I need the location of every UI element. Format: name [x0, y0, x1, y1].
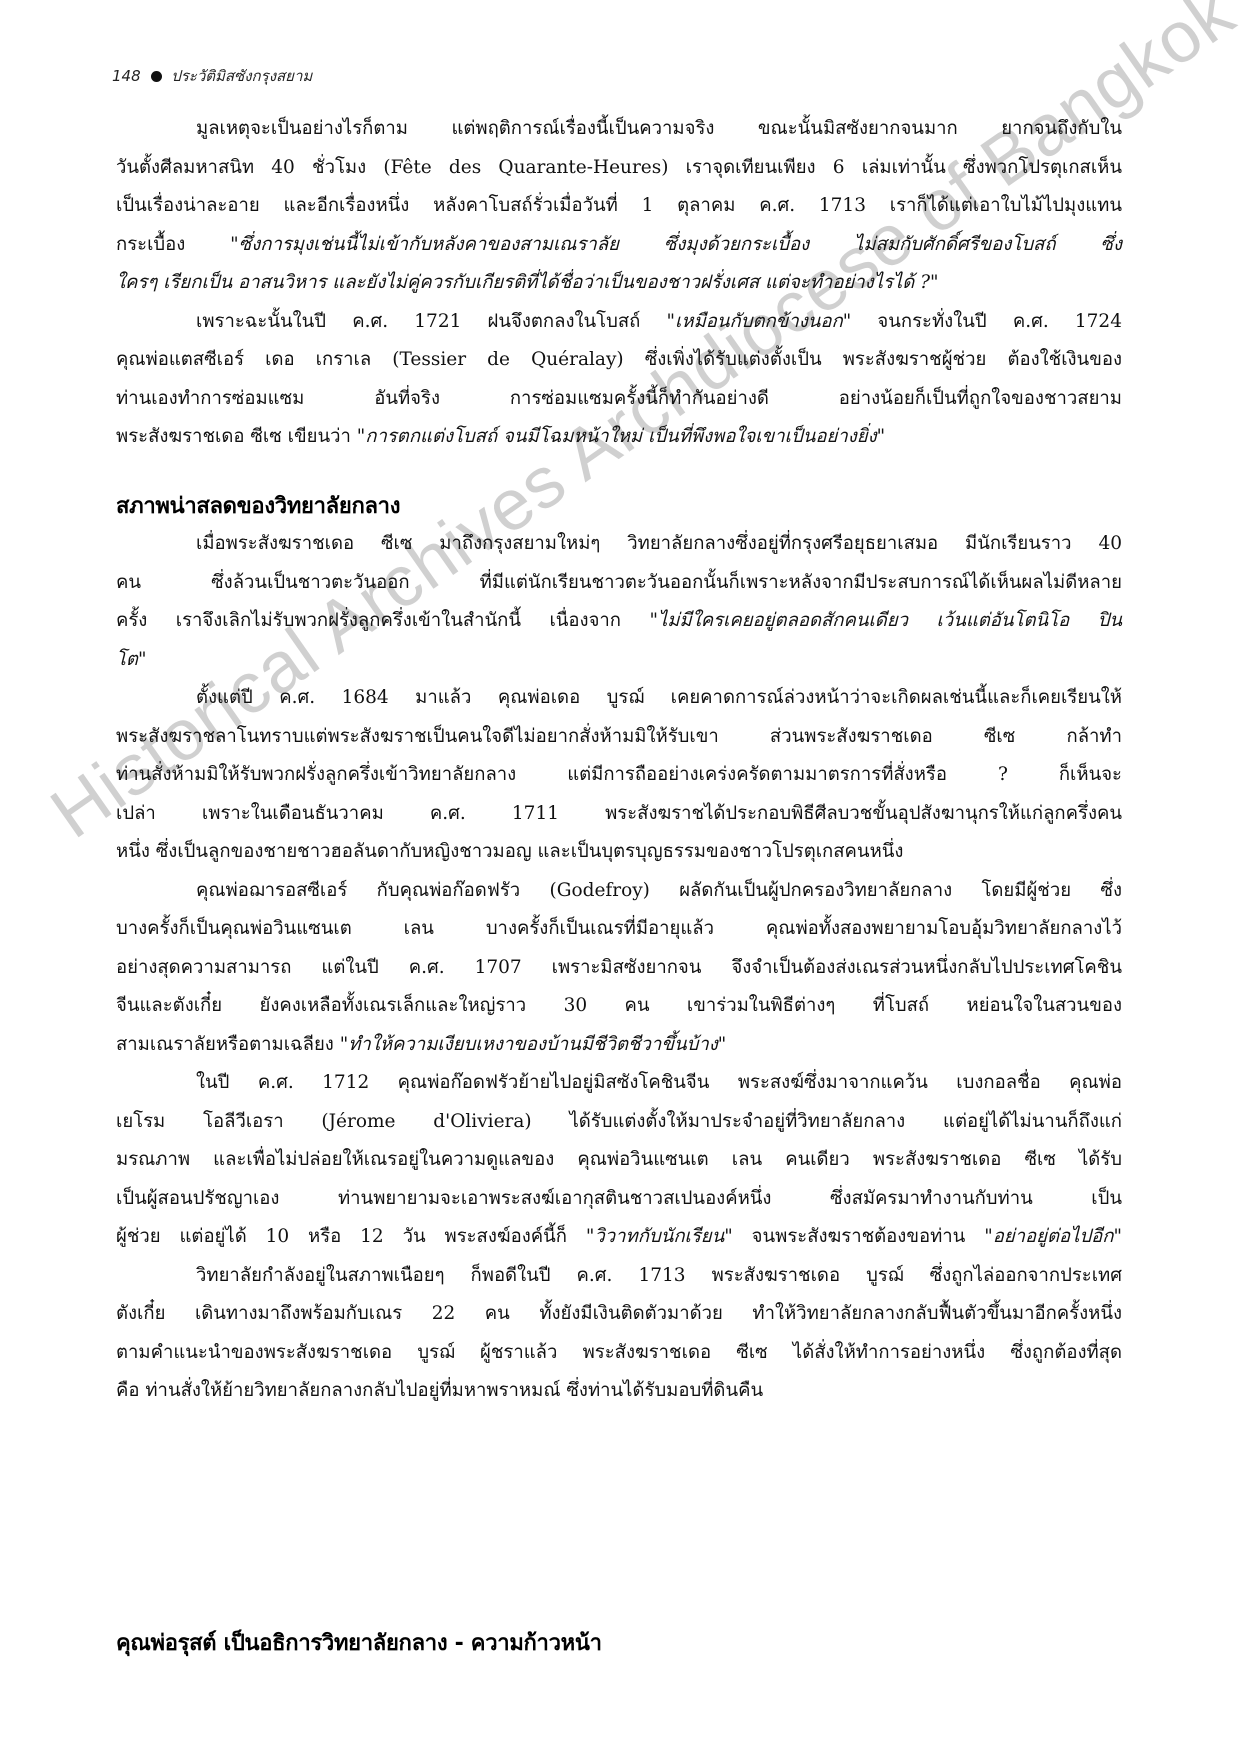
- body-text: พระสังฆราชเดอ ซีเซ เขียนว่า: [116, 426, 357, 447]
- text-line: เยโรม โอลีวีเอรา (Jérome d'Oliviera) ได้…: [116, 1103, 1122, 1142]
- text-line: จีนและตังเกี๋ย ยังคงเหลือทั้งเณรเล็กและใ…: [116, 987, 1122, 1026]
- text-line: ตั้งแต่ปี ค.ศ. 1684 มาแล้ว คุณพ่อเดอ บูร…: [116, 679, 1122, 718]
- body-text: เปล่า เพราะในเดือนธันวาคม ค.ศ. 1711 พระส…: [116, 803, 1122, 824]
- running-header: 148 ประวัติมิสซังกรุงสยาม: [112, 64, 312, 88]
- body-text: กระเบื้อง: [116, 234, 230, 255]
- body-text: ท่านสั่งห้ามมิให้รับพวกฝรั่งลูกครึ่งเข้า…: [116, 764, 1122, 785]
- text-line: โต": [116, 641, 1122, 680]
- body-text: วิทยาลัยกำลังอยู่ในสภาพเนือยๆ ก็พอดีในปี…: [196, 1265, 1122, 1286]
- body-text: จนกระทั่งในปี ค.ศ. 1724: [851, 311, 1122, 332]
- text-line: เพราะฉะนั้นในปี ค.ศ. 1721 ฝนจึงตกลงในโบส…: [116, 303, 1122, 342]
- body-text: จนพระสังฆราชต้องขอท่าน: [733, 1226, 984, 1247]
- quoted-text: "การตกแต่งโบสถ์ จนมีโฉมหน้าใหม่ เป็นที่พ…: [357, 426, 885, 447]
- text-line: ท่านเองทำการซ่อมแซม อันที่จริง การซ่อมแซ…: [116, 380, 1122, 419]
- text-line: เป็นเรื่องน่าละอาย และอีกเรื่องหนึ่ง หลั…: [116, 187, 1122, 226]
- text-line: ท่านสั่งห้ามมิให้รับพวกฝรั่งลูกครึ่งเข้า…: [116, 756, 1122, 795]
- text-line: ตังเกี๋ย เดินทางมาถึงพร้อมกับเณร 22 คน ท…: [116, 1295, 1122, 1334]
- text-line: เมื่อพระสังฆราชเดอ ซีเซ มาถึงกรุงสยามใหม…: [116, 525, 1122, 564]
- bullet-icon: [151, 71, 162, 82]
- text-line: พระสังฆราชลาโนทราบแต่พระสังฆราชเป็นคนใจด…: [116, 718, 1122, 757]
- text-line: หนึ่ง ซึ่งเป็นลูกของชายชาวฮอลันดากับหญิง…: [116, 833, 1122, 872]
- text-line: คือ ท่านสั่งให้ย้ายวิทยาลัยกลางกลับไปอยู…: [116, 1372, 1122, 1411]
- body-text: ตามคำแนะนำของพระสังฆราชเดอ บูรฌ์ ผู้ชราแ…: [116, 1342, 1122, 1363]
- text-line: สามเณราลัยหรือตามเฉลียง "ทำให้ความเงียบเ…: [116, 1026, 1122, 1065]
- book-title: ประวัติมิสซังกรุงสยาม: [171, 67, 312, 85]
- body-text: ท่านเองทำการซ่อมแซม อันที่จริง การซ่อมแซ…: [116, 388, 1122, 409]
- quoted-text: "ซึ่งการมุงเช่นนี้ไม่เข้ากับหลังคาของสาม…: [230, 234, 1122, 255]
- body-text: หนึ่ง ซึ่งเป็นลูกของชายชาวฮอลันดากับหญิง…: [116, 841, 903, 862]
- quoted-text: "เหมือนกับตกข้างนอก": [667, 311, 852, 332]
- body-text: สามเณราลัยหรือตามเฉลียง: [116, 1034, 340, 1055]
- text-line: บางครั้งก็เป็นคุณพ่อวินแซนเต เลน บางครั้…: [116, 910, 1122, 949]
- body-text: คุณพ่อฌารอสซีเอร์ กับคุณพ่อก๊อดฟรัว (God…: [196, 880, 1122, 901]
- text-line: พระสังฆราชเดอ ซีเซ เขียนว่า "การตกแต่งโบ…: [116, 418, 1122, 457]
- body-text: เมื่อพระสังฆราชเดอ ซีเซ มาถึงกรุงสยามใหม…: [196, 533, 1122, 554]
- body-text: ตังเกี๋ย เดินทางมาถึงพร้อมกับเณร 22 คน ท…: [116, 1303, 1122, 1324]
- text-line: คุณพ่อแตสซีเอร์ เดอ เกราเล (Tessier de Q…: [116, 341, 1122, 380]
- body-text: เพราะฉะนั้นในปี ค.ศ. 1721 ฝนจึงตกลงในโบส…: [196, 311, 667, 332]
- body-text: คุณพ่อแตสซีเอร์ เดอ เกราเล (Tessier de Q…: [116, 349, 1122, 370]
- body-text: มูลเหตุจะเป็นอย่างไรก็ตาม แต่พฤติการณ์เร…: [196, 118, 1122, 139]
- quoted-text: โต": [116, 649, 146, 670]
- text-line: คุณพ่อฌารอสซีเอร์ กับคุณพ่อก๊อดฟรัว (God…: [116, 872, 1122, 911]
- body-text: มรณภาพ และเพื่อไม่ปล่อยให้เณรอยู่ในความด…: [116, 1149, 1122, 1170]
- body-text: เป็นผู้สอนปรัชญาเอง ท่านพยายามจะเอาพระสง…: [116, 1188, 1122, 1209]
- text-line: อย่างสุดความสามารถ แต่ในปี ค.ศ. 1707 เพร…: [116, 949, 1122, 988]
- text-line: วิทยาลัยกำลังอยู่ในสภาพเนือยๆ ก็พอดีในปี…: [116, 1257, 1122, 1296]
- text-line: ครั้ง เราจึงเลิกไม่รับพวกฝรั่งลูกครึ่งเข…: [116, 602, 1122, 641]
- body-text: ตั้งแต่ปี ค.ศ. 1684 มาแล้ว คุณพ่อเดอ บูร…: [196, 687, 1122, 708]
- body-text: ครั้ง เราจึงเลิกไม่รับพวกฝรั่งลูกครึ่งเข…: [116, 610, 649, 631]
- text-line: มรณภาพ และเพื่อไม่ปล่อยให้เณรอยู่ในความด…: [116, 1141, 1122, 1180]
- text-line: เป็นผู้สอนปรัชญาเอง ท่านพยายามจะเอาพระสง…: [116, 1180, 1122, 1219]
- body-text: เป็นเรื่องน่าละอาย และอีกเรื่องหนึ่ง หลั…: [116, 195, 1122, 216]
- intro-paragraphs: มูลเหตุจะเป็นอย่างไรก็ตาม แต่พฤติการณ์เร…: [116, 110, 1122, 457]
- body-text: คน ซึ่งล้วนเป็นชาวตะวันออก ที่มีแต่นักเร…: [116, 572, 1122, 593]
- quoted-text: "ทำให้ความเงียบเหงาของบ้านมีชีวิตชีวาขึ้…: [340, 1034, 727, 1055]
- page-number: 148: [112, 67, 141, 85]
- body-text: เยโรม โอลีวีเอรา (Jérome d'Oliviera) ได้…: [116, 1111, 1122, 1132]
- body-text: อย่างสุดความสามารถ แต่ในปี ค.ศ. 1707 เพร…: [116, 957, 1122, 978]
- document-page: Historical Archives Archdiocese of Bangk…: [0, 0, 1241, 1754]
- body-text: จีนและตังเกี๋ย ยังคงเหลือทั้งเณรเล็กและใ…: [116, 995, 1122, 1016]
- text-line: วันตั้งศีลมหาสนิท 40 ชั่วโมง (Fête des Q…: [116, 149, 1122, 188]
- text-line: กระเบื้อง "ซึ่งการมุงเช่นนี้ไม่เข้ากับหล…: [116, 226, 1122, 265]
- text-line: เปล่า เพราะในเดือนธันวาคม ค.ศ. 1711 พระส…: [116, 795, 1122, 834]
- quoted-text: "ไม่มีใครเคยอยู่ตลอดสักคนเดียว เว้นแต่อั…: [649, 610, 1122, 631]
- text-line: คน ซึ่งล้วนเป็นชาวตะวันออก ที่มีแต่นักเร…: [116, 564, 1122, 603]
- body-text: พระสังฆราชลาโนทราบแต่พระสังฆราชเป็นคนใจด…: [116, 726, 1122, 747]
- text-line: ใครๆ เรียกเป็น อาสนวิหาร และยังไม่คู่ควร…: [116, 264, 1122, 303]
- body-text: ในปี ค.ศ. 1712 คุณพ่อก๊อดฟรัวย้ายไปอยู่ม…: [196, 1072, 1122, 1093]
- quoted-text: ใครๆ เรียกเป็น อาสนวิหาร และยังไม่คู่ควร…: [116, 272, 939, 293]
- body-text: บางครั้งก็เป็นคุณพ่อวินแซนเต เลน บางครั้…: [116, 918, 1122, 939]
- text-line: ตามคำแนะนำของพระสังฆราชเดอ บูรฌ์ ผู้ชราแ…: [116, 1334, 1122, 1373]
- body-text: คือ ท่านสั่งให้ย้ายวิทยาลัยกลางกลับไปอยู…: [116, 1380, 763, 1401]
- section-1-body: เมื่อพระสังฆราชเดอ ซีเซ มาถึงกรุงสยามใหม…: [116, 525, 1122, 1411]
- text-line: ผู้ช่วย แต่อยู่ได้ 10 หรือ 12 วัน พระสงฆ…: [116, 1218, 1122, 1257]
- section-heading-2: คุณพ่อรุสต์ เป็นอธิการวิทยาลัยกลาง - ควา…: [116, 1625, 602, 1660]
- quoted-text: "วิวาทกับนักเรียน": [586, 1226, 733, 1247]
- body-text: ผู้ช่วย แต่อยู่ได้ 10 หรือ 12 วัน พระสงฆ…: [116, 1226, 586, 1247]
- text-line: มูลเหตุจะเป็นอย่างไรก็ตาม แต่พฤติการณ์เร…: [116, 110, 1122, 149]
- text-line: ในปี ค.ศ. 1712 คุณพ่อก๊อดฟรัวย้ายไปอยู่ม…: [116, 1064, 1122, 1103]
- section-heading-1: สภาพน่าสลดของวิทยาลัยกลาง: [116, 488, 400, 523]
- quoted-text: "อย่าอยู่ต่อไปอีก": [984, 1226, 1122, 1247]
- body-text: วันตั้งศีลมหาสนิท 40 ชั่วโมง (Fête des Q…: [116, 157, 1122, 178]
